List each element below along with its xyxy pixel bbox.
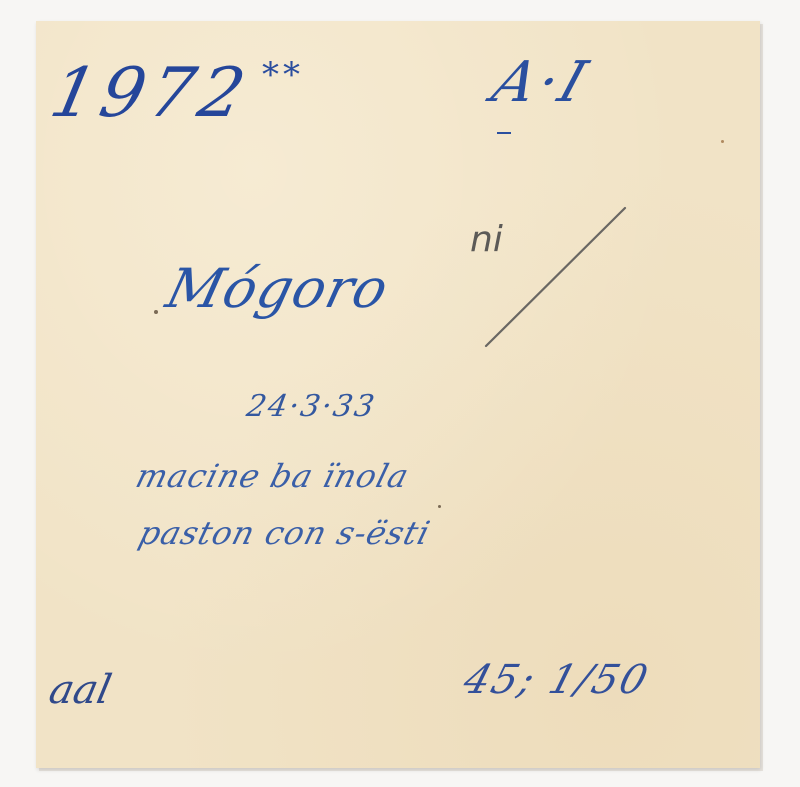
pencil-slash-mark: [480, 200, 630, 350]
catalog-code: A·I: [486, 55, 597, 111]
paper-speck: [721, 140, 724, 143]
note-line-2: paston con s-ësti: [136, 517, 434, 549]
paper-speck: [154, 310, 158, 314]
star-marks: **: [262, 58, 304, 92]
reference-number: 45; 1/50: [459, 660, 653, 700]
archival-card: [36, 21, 760, 768]
year-heading: 1972: [45, 60, 257, 128]
catalog-code-underline: [497, 132, 511, 134]
date-line: 24·3·33: [244, 392, 378, 422]
note-line-1: macine ba ïnola: [133, 460, 413, 492]
initials: aal: [46, 670, 115, 710]
paper-speck: [438, 505, 441, 508]
place-name: Mógoro: [161, 262, 394, 316]
